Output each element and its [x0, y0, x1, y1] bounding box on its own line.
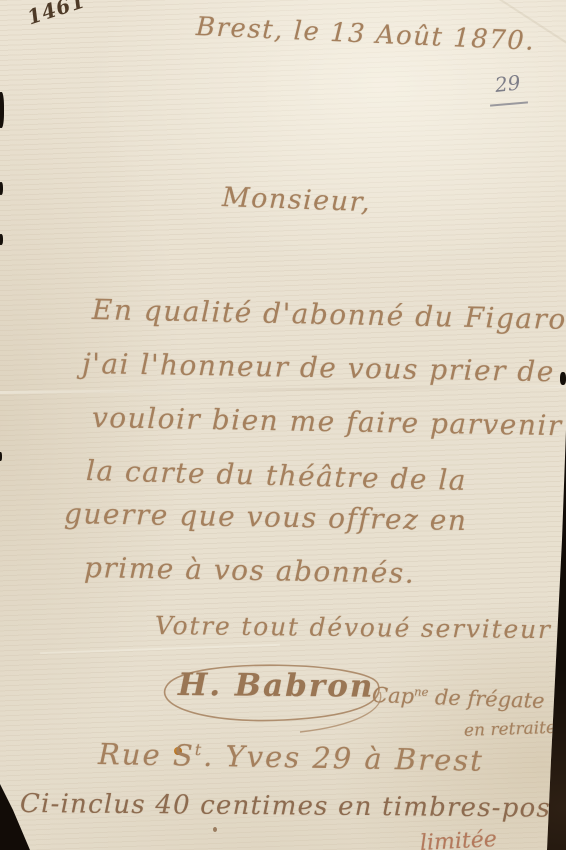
body-line: En qualité d'abonné du Figaro — [92, 293, 566, 336]
page-number-pencil: 29 — [494, 70, 522, 97]
signature-title-suffix: de frégate — [428, 685, 545, 713]
photo-scene: 1461 29 Brest, le 13 Août 1870. Monsieur… — [0, 0, 566, 850]
page-number-underline — [490, 101, 528, 106]
signature-title: Capne de frégate — [372, 683, 545, 713]
postscript-line: Ci-inclus 40 centimes en timbres-poste — [20, 789, 566, 824]
edge-speck — [0, 234, 3, 245]
signature: H. Babron — [178, 667, 375, 705]
address-suffix: . Yves 29 à Brest — [203, 739, 484, 778]
body-line: la carte du théâtre de la — [86, 454, 468, 497]
edge-speck — [0, 92, 4, 128]
signature-title-prefix: Cap — [372, 683, 415, 708]
archive-number: 1461 — [24, 0, 88, 29]
edge-speck — [0, 452, 2, 461]
ink-spot — [213, 827, 217, 832]
salutation: Monsieur, — [221, 182, 371, 218]
signature-title-line2: en retraite — [464, 718, 557, 741]
cutoff-word: limitée — [419, 827, 497, 850]
address-line: Rue St. Yves 29 à Brest — [98, 737, 484, 778]
edge-speck — [560, 372, 566, 385]
body-line: guerre que vous offrez en — [64, 497, 468, 537]
body-line: prime à vos abonnés. — [84, 551, 416, 590]
closing-line: Votre tout dévoué serviteur — [155, 611, 552, 644]
body-line: j'ai l'honneur de vous prier de — [82, 347, 555, 388]
dateline: Brest, le 13 Août 1870. — [195, 12, 535, 57]
letter-paper: 1461 29 Brest, le 13 Août 1870. Monsieur… — [0, 0, 566, 850]
address-prefix: Rue S — [98, 737, 195, 773]
edge-speck — [0, 182, 3, 195]
signature-title-superscript: ne — [414, 684, 429, 698]
body-line: vouloir bien me faire parvenir — [92, 401, 563, 442]
paper-lower-crease — [40, 644, 280, 654]
